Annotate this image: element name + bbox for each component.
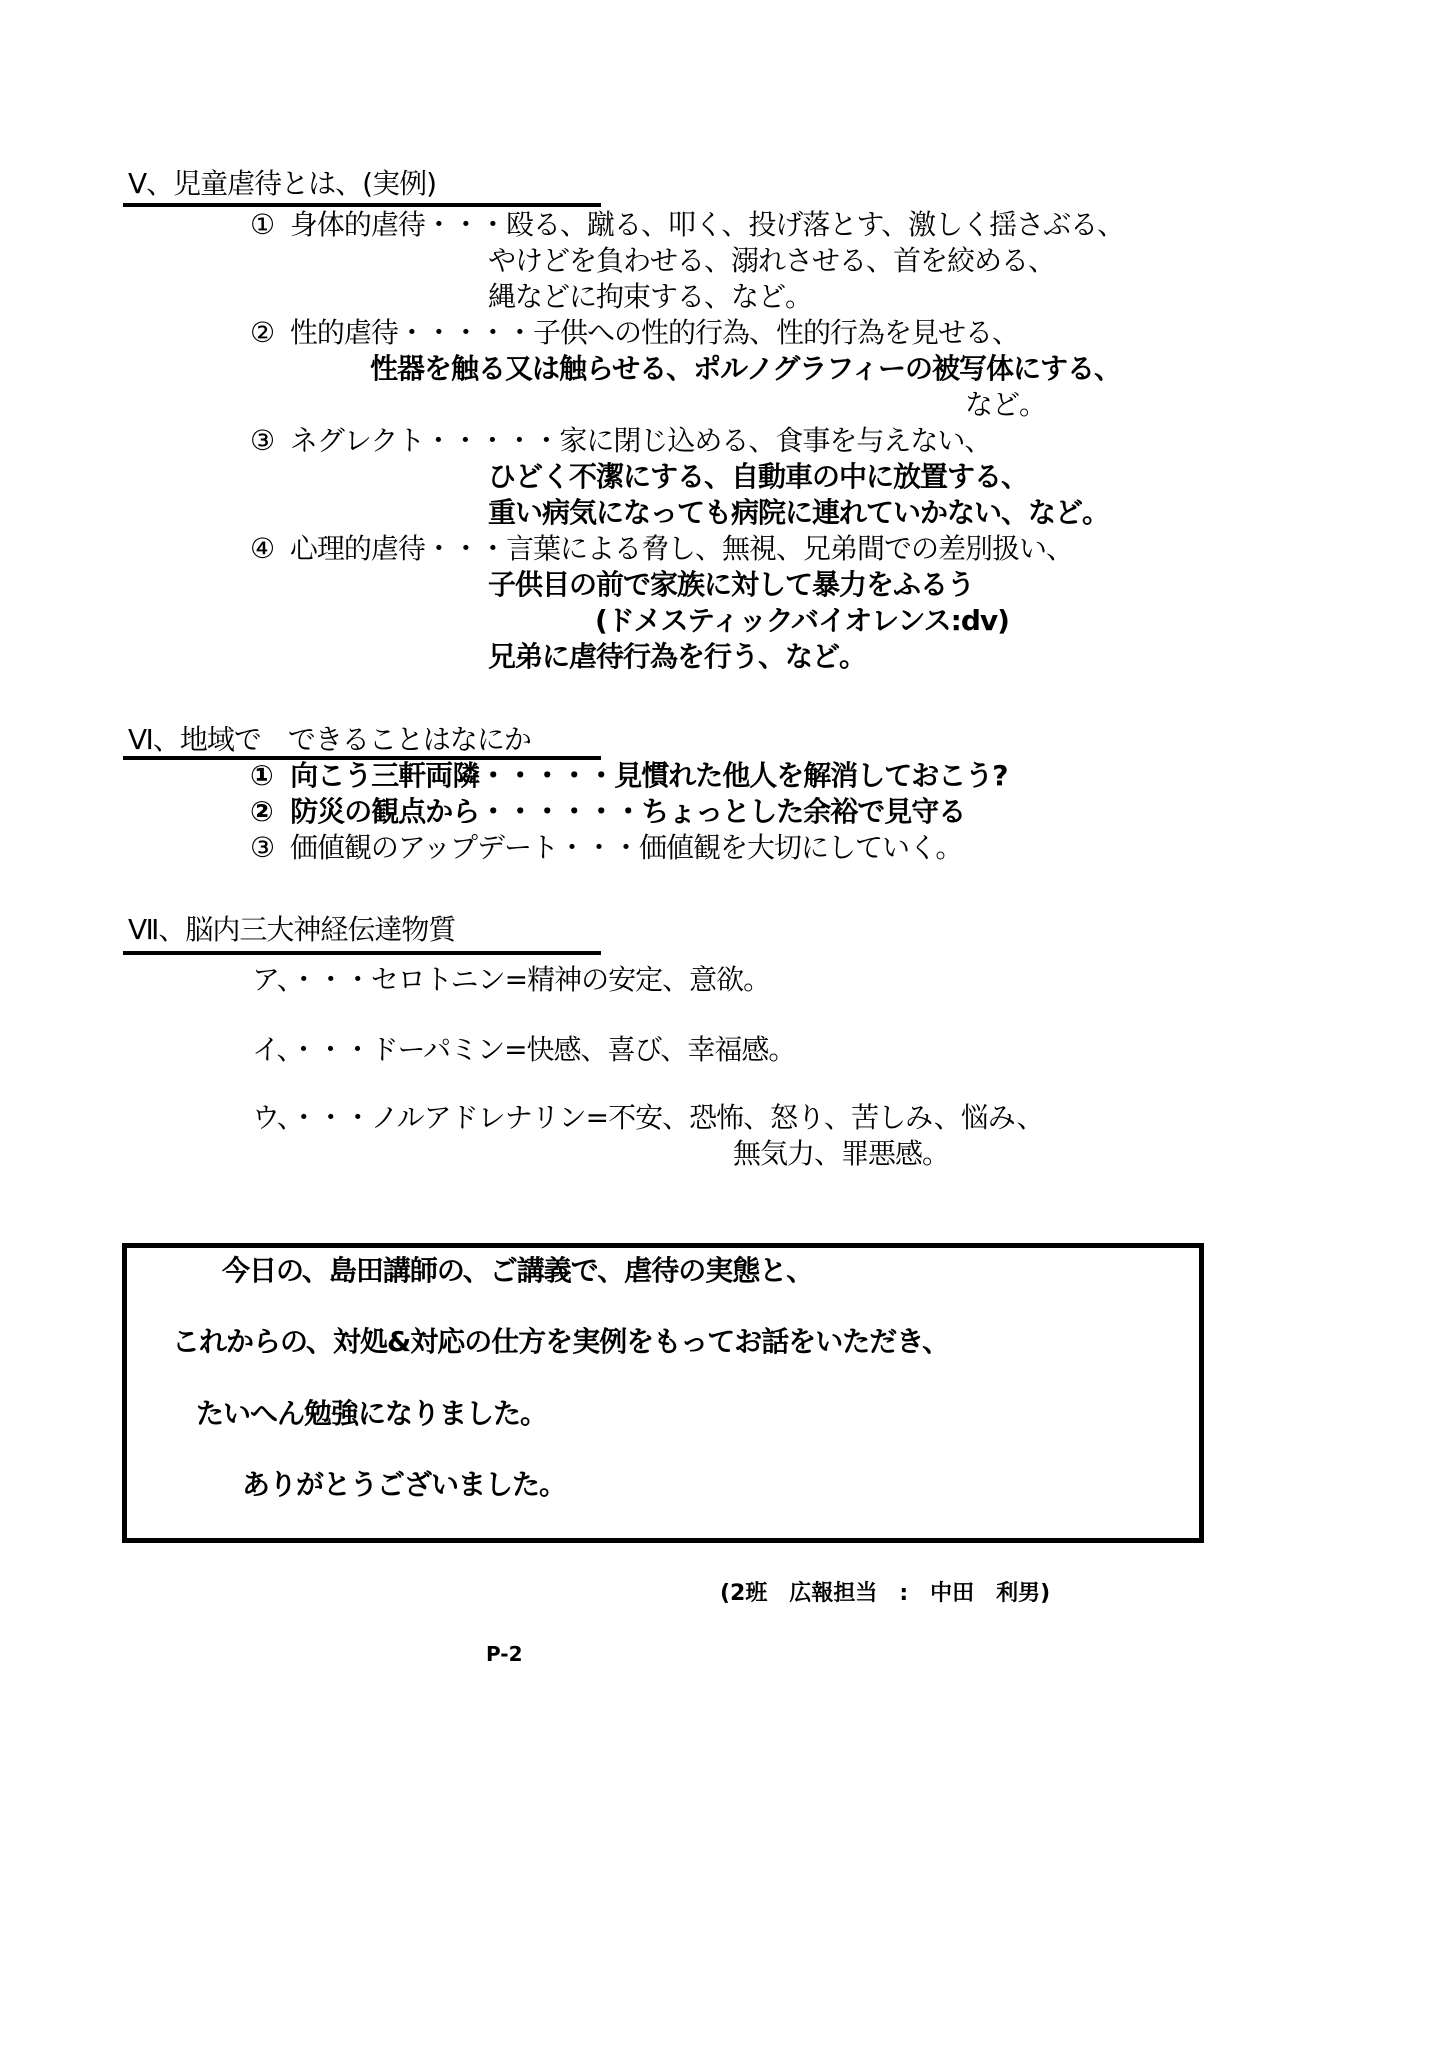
section-v-item-1-line-2: やけどを負わせる、溺れさせる、首を絞める、 bbox=[488, 243, 1055, 279]
section-vi-item-3: ③ 価値観のアップデート・・・価値観を大切にしていく。 bbox=[250, 830, 962, 866]
closing-line-3: たいへん勉強になりました。 bbox=[196, 1396, 547, 1432]
section-vii-heading: Ⅶ、脳内三大神経伝達物質 bbox=[128, 912, 455, 948]
section-vi-item-2: ② 防災の観点から・・・・・・ちょっとした余裕で見守る bbox=[250, 794, 965, 830]
item-text: 向こう三軒両隣・・・・・見慣れた他人を解消しておこう? bbox=[290, 759, 1007, 792]
closing-line-2: これからの、対処&対応の仕方を実例をもってお話をいただき、 bbox=[172, 1324, 949, 1360]
item-label: 性的虐待・・・・・ bbox=[290, 316, 533, 349]
section-v-item-2-line-2: 性器を触る又は触らせる、ポルノグラフィーの被写体にする、 bbox=[370, 351, 1121, 387]
item-line: 家に閉じ込める、食事を与えない、 bbox=[559, 424, 991, 457]
section-vi-heading: Ⅵ、地域で できることはなにか bbox=[128, 722, 531, 758]
closing-line-1: 今日の、島田講師の、ご講義で、虐待の実態と、 bbox=[222, 1253, 813, 1289]
section-v-item-4-line-3: (ドメスティックバイオレンス:dv) bbox=[595, 603, 1009, 639]
section-vii-item-u-cont: 無気力、罪悪感。 bbox=[733, 1136, 949, 1172]
section-v-item-1-line-3: 縄などに拘束する、など。 bbox=[488, 279, 812, 315]
section-vii-item-u: ウ、・・・ノルアドレナリン=不安、恐怖、怒り、苦しみ、悩み、 bbox=[252, 1100, 1043, 1136]
item-text: 防災の観点から・・・・・・ちょっとした余裕で見守る bbox=[290, 795, 965, 828]
section-vii-underline bbox=[123, 951, 601, 955]
item-marker: ② bbox=[250, 795, 273, 828]
section-v-item-3-line-3: 重い病気になっても病院に連れていかない、など。 bbox=[488, 495, 1109, 531]
section-v-item-4: ④ 心理的虐待・・・言葉による脅し、無視、兄弟間での差別扱い、 bbox=[250, 531, 1073, 567]
item-line: 殴る、蹴る、叩く、投げ落とす、激しく揺さぶる、 bbox=[506, 208, 1124, 241]
item-label: 身体的虐待・・・ bbox=[290, 208, 506, 241]
section-vii-item-a: ア、・・・セロトニン=精神の安定、意欲。 bbox=[252, 962, 770, 998]
closing-line-4: ありがとうございました。 bbox=[242, 1467, 566, 1503]
section-vii-item-i: イ、・・・ドーパミン=快感、喜び、幸福感。 bbox=[252, 1032, 795, 1068]
item-line: 子供への性的行為、性的行為を見せる、 bbox=[533, 316, 1019, 349]
item-marker: ③ bbox=[250, 424, 274, 457]
section-v-item-4-line-2: 子供目の前で家族に対して暴力をふるう bbox=[488, 567, 974, 603]
item-marker: ① bbox=[250, 759, 273, 792]
section-v-heading: Ⅴ、児童虐待とは、(実例) bbox=[128, 166, 436, 202]
section-v-item-3-line-2: ひどく不潔にする、自動車の中に放置する、 bbox=[488, 459, 1028, 495]
section-v-item-4-line-4: 兄弟に虐待行為を行う、など。 bbox=[488, 639, 866, 675]
item-marker: ② bbox=[250, 316, 274, 349]
section-vi-item-1: ① 向こう三軒両隣・・・・・見慣れた他人を解消しておこう? bbox=[250, 758, 1007, 794]
page-number: P-2 bbox=[486, 1640, 523, 1668]
section-v-item-2: ② 性的虐待・・・・・子供への性的行為、性的行為を見せる、 bbox=[250, 315, 1019, 351]
item-label: 心理的虐待・・・ bbox=[290, 532, 506, 565]
item-line: 言葉による脅し、無視、兄弟間での差別扱い、 bbox=[506, 532, 1073, 565]
item-marker: ③ bbox=[250, 831, 274, 864]
section-v-item-2-line-3: など。 bbox=[965, 387, 1046, 423]
item-text: 価値観のアップデート・・・価値観を大切にしていく。 bbox=[290, 831, 962, 864]
item-marker: ① bbox=[250, 208, 274, 241]
section-v-item-3: ③ ネグレクト・・・・・家に閉じ込める、食事を与えない、 bbox=[250, 423, 991, 459]
item-marker: ④ bbox=[250, 532, 274, 565]
section-v-item-1: ① 身体的虐待・・・殴る、蹴る、叩く、投げ落とす、激しく揺さぶる、 bbox=[250, 207, 1124, 243]
author-credit: (2班 広報担当 : 中田 利男) bbox=[720, 1580, 1050, 1608]
item-label: ネグレクト・・・・・ bbox=[290, 424, 559, 457]
